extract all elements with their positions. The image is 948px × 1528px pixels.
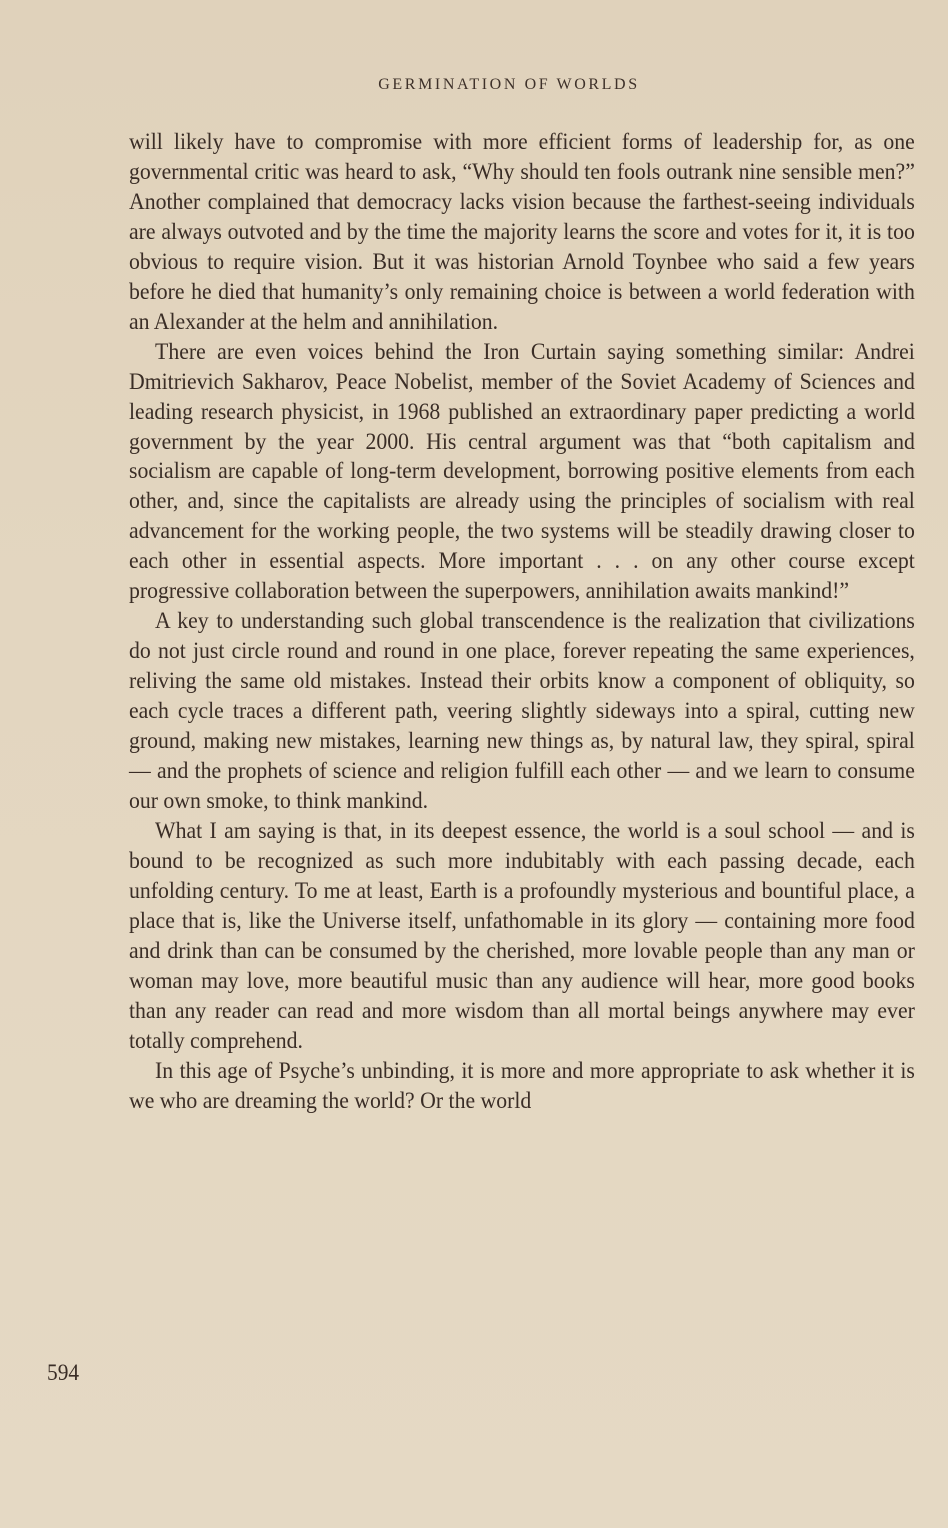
- paragraph-2: There are even voices behind the Iron Cu…: [129, 338, 915, 608]
- paragraph-1: will likely have to compromise with more…: [129, 128, 915, 338]
- page-number: 594: [47, 1360, 79, 1386]
- paragraph-4: What I am saying is that, in its deepest…: [129, 817, 915, 1057]
- running-head: GERMINATION OF WORLDS: [0, 76, 948, 94]
- body-text: will likely have to compromise with more…: [129, 128, 915, 1116]
- paragraph-5: In this age of Psyche’s unbinding, it is…: [129, 1057, 915, 1117]
- paragraph-3: A key to understanding such global trans…: [129, 607, 915, 817]
